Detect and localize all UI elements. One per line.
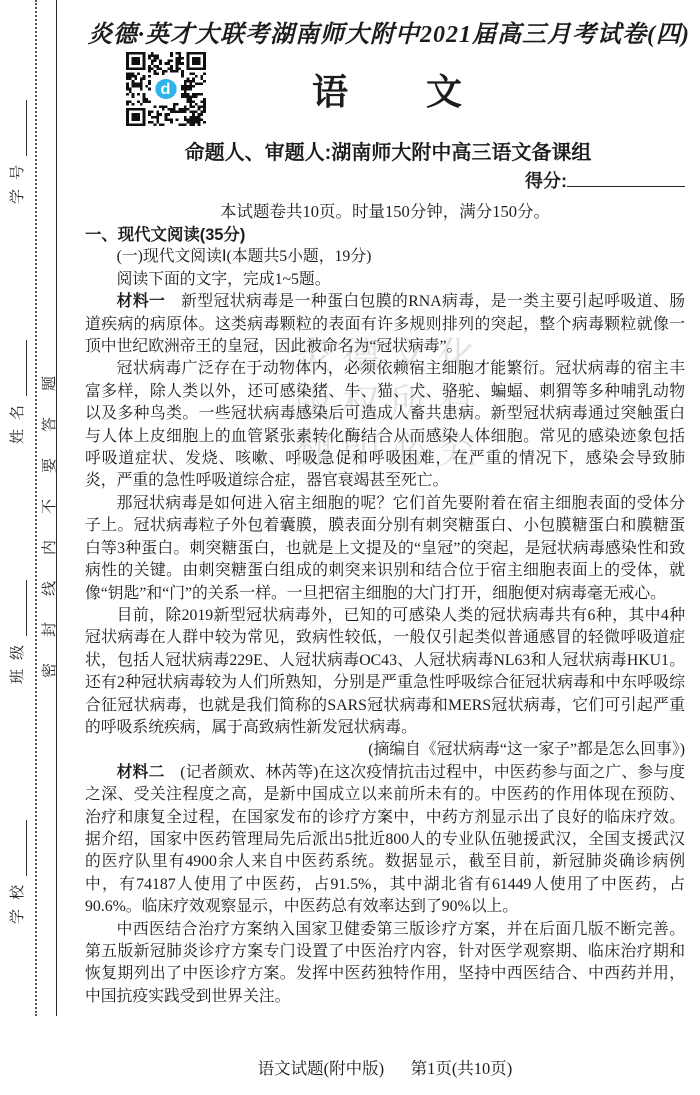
material1-source: (摘编自《冠状病毒“这一家子”都是怎么回事》) [85,739,685,761]
reading-subheading: (一)现代文阅读Ⅰ(本题共5小题，19分) [85,246,685,268]
section-heading: 一、现代文阅读(35分) [85,224,685,246]
material1-paragraph-4: 目前，除2019新型冠状病毒外，已知的可感染人类的冠状病毒共有6种，其中4种冠状… [85,605,685,739]
seal-dotted-line [35,0,37,1016]
student-field-number: 学号 [6,100,27,204]
exam-body: 一、现代文阅读(35分) (一)现代文阅读Ⅰ(本题共5小题，19分) 阅读下面的… [85,224,685,1008]
material1-paragraph-2: 冠状病毒广泛存在于动物体内，必须依赖宿主细胞才能繁衍。冠状病毒的宿主丰富多样，除… [85,358,685,492]
subject-title: 语 文 [88,64,688,115]
name-blank-line [10,340,27,396]
seal-text: 密封线内不要答题 [38,330,57,698]
reading-instruction: 阅读下面的文字，完成1~5题。 [85,269,685,291]
footer-doc-label: 语文试题(附中版) [258,1059,385,1078]
class-blank-line [10,580,27,636]
exam-note: 本试题卷共10页。时量150分钟，满分150分。 [85,198,685,222]
number-blank-line [10,100,27,156]
student-field-name: 姓名 [6,340,27,444]
exam-page: 学校 班级 姓名 学号 密封线内不要答题 炎德文化 版权所有 翻印必究 炎德·英… [0,0,700,1095]
material2-paragraph-1: 材料二(记者颜欢、林芮等)在这次疫情抗击过程中，中医药参与面之广、参与度之深、受… [85,762,685,919]
material1-paragraph-3: 那冠状病毒是如何进入宿主细胞的呢？它们首先要附着在宿主细胞表面的受体分子上。冠状… [85,493,685,605]
material2-label: 材料二 [117,764,165,781]
committee-line: 命题人、审题人:湖南师大附中高三语文备课组 [88,136,688,165]
footer-page-number: 第1页(共10页) [411,1059,513,1078]
student-field-school: 学校 [6,820,27,924]
score-blank-line [567,171,685,187]
page-title: 炎德·英才大联考湖南师大附中2021届高三月考试卷(四) [88,14,688,49]
score-row: 得分: [85,167,685,193]
material1-paragraph-1: 材料一新型冠状病毒是一种蛋白包膜的RNA病毒，是一类主要引起呼吸道、肠道疾病的病… [85,291,685,358]
school-blank-line [10,820,27,876]
material1-label: 材料一 [117,293,166,310]
student-info-fields: 学校 班级 姓名 学号 [3,92,27,932]
material2-paragraph-2: 中西医结合治疗方案纳入国家卫健委第三版诊疗方案，并在后面几版不断完善。第五版新冠… [85,919,685,1009]
student-field-class: 班级 [6,580,27,684]
score-label: 得分: [525,171,567,191]
page-footer: 语文试题(附中版)第1页(共10页) [85,1055,685,1079]
